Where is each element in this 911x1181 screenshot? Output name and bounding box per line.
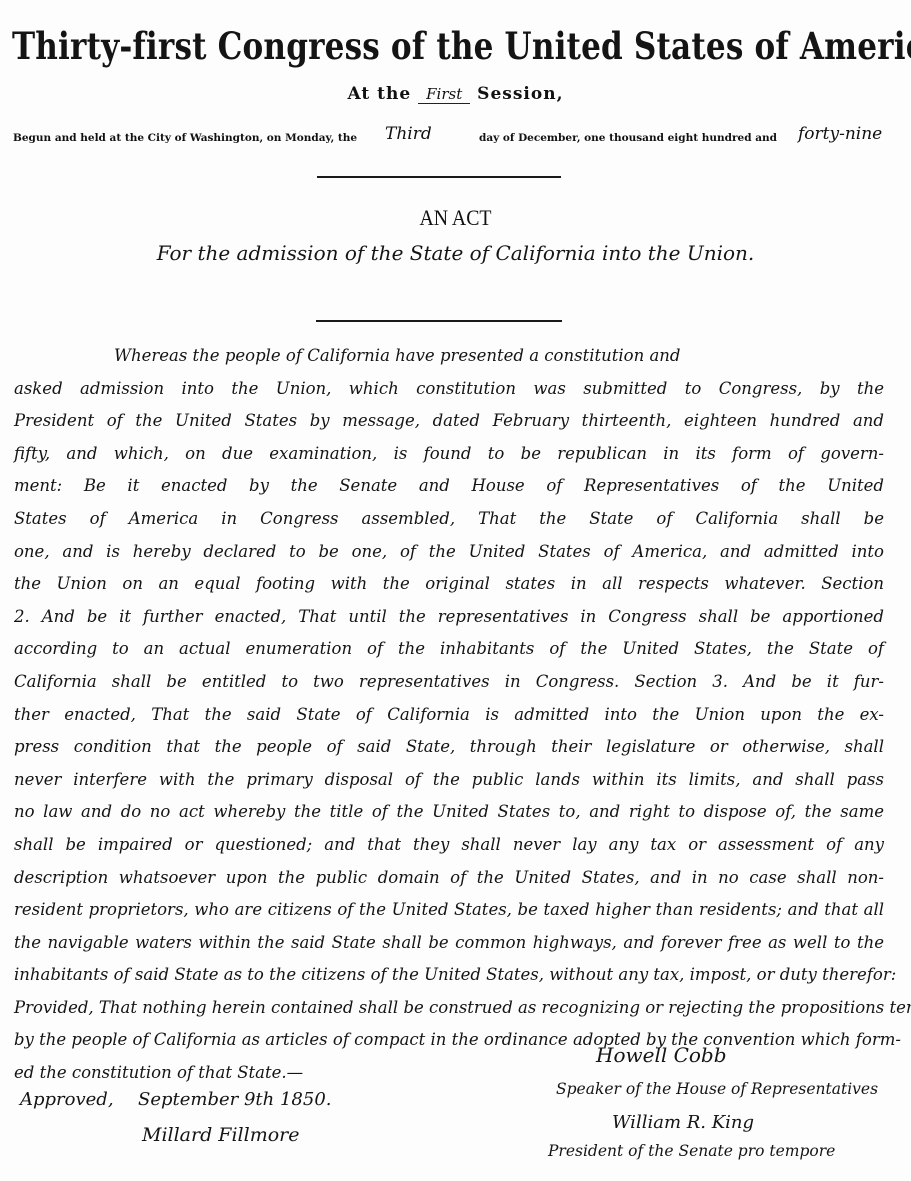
body-line: press condition that the people of said … [14, 731, 884, 764]
body-line: no law and do no act whereby the title o… [14, 796, 884, 829]
body-line: according to an actual enumeration of th… [14, 633, 884, 666]
begun-prefix: Begun and held at the City of Washington… [13, 132, 357, 144]
body-line: shall be impaired or questioned; and tha… [14, 829, 884, 862]
congress-title: Thirty-first Congress of the United Stat… [12, 24, 760, 68]
senate-title: President of the Senate pro tempore [548, 1142, 835, 1160]
body-line: inhabitants of said State as to the citi… [14, 959, 884, 992]
begun-middle: day of December, one thousand eight hund… [479, 132, 777, 144]
body-line: Provided, That nothing herein contained … [14, 992, 884, 1025]
body-line: fifty, and which, on due examination, is… [14, 438, 884, 471]
body-line: by the people of California as articles … [14, 1024, 884, 1057]
body-line: the Union on an equal footing with the o… [14, 568, 884, 601]
speaker-title: Speaker of the House of Representatives [556, 1080, 878, 1098]
session-value: First [418, 85, 470, 104]
title-divider [316, 320, 562, 322]
approved-date: September 9th 1850. [138, 1089, 332, 1110]
body-line: resident proprietors, who are citizens o… [14, 894, 884, 927]
body-line: asked admission into the Union, which co… [14, 373, 884, 406]
act-body: Whereas the people of California have pr… [14, 340, 884, 1090]
senate-signature: William R. King [612, 1112, 754, 1133]
body-line: Whereas the people of California have pr… [14, 340, 884, 373]
session-suffix: Session, [477, 84, 563, 104]
session-line: At the First Session, [0, 84, 911, 104]
body-line: California shall be entitled to two repr… [14, 666, 884, 699]
body-line: never interfere with the primary disposa… [14, 764, 884, 797]
act-subtitle: For the admission of the State of Califo… [0, 241, 911, 265]
act-title: AN ACT [46, 205, 866, 231]
header-divider [317, 176, 561, 178]
begun-year: forty-nine [798, 124, 882, 144]
speaker-signature: Howell Cobb [596, 1043, 727, 1067]
president-signature: Millard Fillmore [142, 1124, 300, 1146]
body-line: States of America in Congress assembled,… [14, 503, 884, 536]
body-line: the navigable waters within the said Sta… [14, 927, 884, 960]
body-line: description whatsoever upon the public d… [14, 862, 884, 895]
body-line: 2. And be it further enacted, That until… [14, 601, 884, 634]
begun-day: Third [385, 124, 432, 144]
body-line: President of the United States by messag… [14, 405, 884, 438]
body-line: one, and is hereby declared to be one, o… [14, 536, 884, 569]
body-line: ment: Be it enacted by the Senate and Ho… [14, 470, 884, 503]
approved-label: Approved, [20, 1089, 114, 1110]
document-page: Thirty-first Congress of the United Stat… [0, 0, 911, 1181]
session-prefix: At the [348, 84, 412, 104]
body-line: ther enacted, That the said State of Cal… [14, 699, 884, 732]
